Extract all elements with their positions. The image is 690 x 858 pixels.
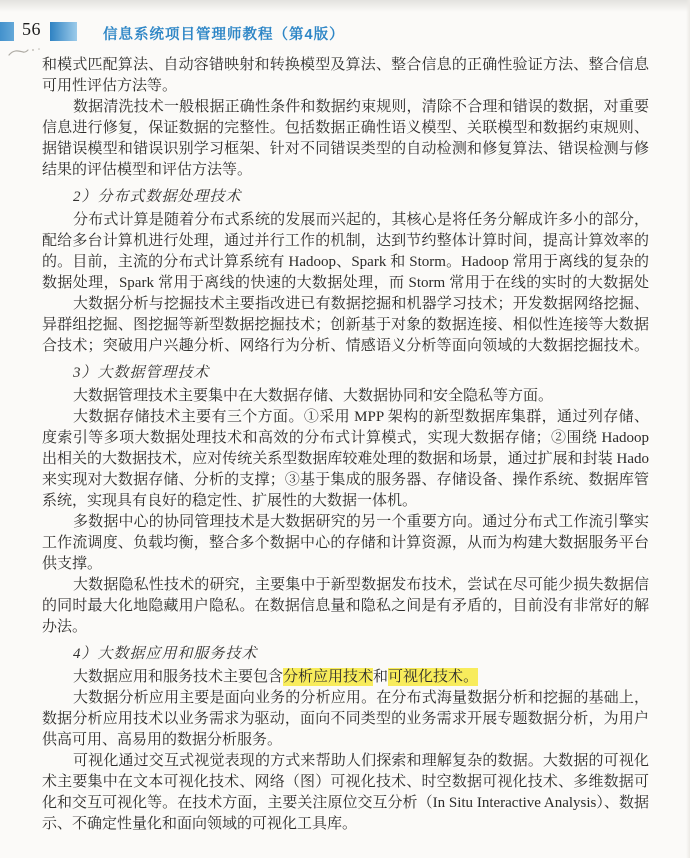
book-title: 信息系统项目管理师教程（第4版）: [103, 23, 345, 44]
text-line: 度索引等多项大数据处理技术和高效的分布式计算模式，实现大数据存储；②围绕 Had…: [42, 428, 649, 449]
text-line: 示、不确定性量化和面向领域的可视化工具库。: [42, 814, 649, 835]
text-line: 的。目前，主流的分布式计算系统有 Hadoop、Spark 和 Storm。Ha…: [42, 252, 649, 273]
text-run: 大数据应用和服务技术主要包含: [73, 669, 283, 685]
text-line: 供支撑。: [42, 554, 649, 575]
text-line: 数据分析应用技术以业务需求为驱动，面向不同类型的业务需求开展专题数据分析，为用户…: [42, 709, 649, 730]
text-run: 和: [373, 669, 388, 685]
header-accent-block-mid: [50, 22, 77, 41]
text-line: 系统，实现具有良好的稳定性、扩展性的大数据一体机。: [42, 491, 649, 512]
highlighted-text: 。: [463, 669, 478, 685]
text-line: 和模式匹配算法、自动容错映射和转换模型及算法、整合信息的正确性验证方法、整合信息…: [42, 55, 649, 76]
text-line: 数据处理，Spark 常用于离线的快速的大数据处理，而 Storm 常用于在线的…: [42, 273, 649, 294]
text-line: 分布式计算是随着分布式系统的发展而兴起的，其核心是将任务分解成许多小的部分，分: [42, 210, 649, 231]
text-line: 多数据中心的协同管理技术是大数据研究的另一个重要方向。通过分布式工作流引擎实现: [42, 512, 649, 533]
text-line: 术主要集中在文本可视化技术、网络（图）可视化技术、时空数据可视化技术、多维数据可…: [42, 772, 649, 793]
text-line: 可用性评估方法等。: [42, 76, 649, 97]
page-number: 56: [22, 19, 41, 40]
text-line: 大数据管理技术主要集中在大数据存储、大数据协同和安全隐私等方面。: [42, 386, 649, 407]
text-line: 出相关的大数据技术，应对传统关系型数据库较难处理的数据和场景，通过扩展和封装 H…: [42, 449, 649, 470]
text-line: 的同时最大化地隐藏用户隐私。在数据信息量和隐私之间是有矛盾的，目前没有非常好的解…: [42, 596, 649, 617]
text-line: 可视化通过交互式视觉表现的方式来帮助人们探索和理解复杂的数据。大数据的可视化技: [42, 751, 649, 772]
section-heading: 2）分布式数据处理技术: [42, 187, 649, 208]
text-column: 和模式匹配算法、自动容错映射和转换模型及算法、整合信息的正确性验证方法、整合信息…: [42, 55, 649, 835]
text-line: 工作流调度、负载均衡，整合多个数据中心的存储和计算资源，从而为构建大数据服务平台…: [42, 533, 649, 554]
highlighted-text: 分析应用技术: [283, 669, 373, 685]
text-line: 配给多台计算机进行处理，通过并行工作的机制，达到节约整体计算时间，提高计算效率的…: [42, 231, 649, 252]
text-line: 办法。: [42, 617, 649, 638]
text-line: 结果的评估模型和评估方法等。: [42, 160, 649, 181]
text-line: 供高可用、高易用的数据分析服务。: [42, 730, 649, 751]
header-accent-block-left: [0, 22, 14, 41]
text-line: 大数据应用和服务技术主要包含分析应用技术和可视化技术。: [42, 667, 649, 688]
text-line: 大数据分析应用主要是面向业务的分析应用。在分布式海量数据分析和挖掘的基础上，大: [42, 688, 649, 709]
highlighted-text: 可视化技术: [388, 669, 463, 685]
text-line: 信息进行修复，保证数据的完整性。包括数据正确性语义模型、关联模型和数据约束规则、…: [42, 118, 649, 139]
text-line: 据错误模型和错误识别学习框架、针对不同错误类型的自动检测和修复算法、错误检测与修…: [42, 139, 649, 160]
scan-right-edge: [686, 0, 690, 858]
text-line: 大数据存储技术主要有三个方面。①采用 MPP 架构的新型数据库集群，通过列存储、…: [42, 407, 649, 428]
text-line: 化和交互可视化等。在技术方面，主要关注原位交互分析（In Situ Intera…: [42, 793, 649, 814]
text-line: 来实现对大数据存储、分析的支撑；③基于集成的服务器、存储设备、操作系统、数据库管…: [42, 470, 649, 491]
text-line: 大数据隐私性技术的研究，主要集中于新型数据发布技术，尝试在尽可能少损失数据信息: [42, 575, 649, 596]
section-heading: 4）大数据应用和服务技术: [42, 644, 649, 665]
text-line: 合技术；突破用户兴趣分析、网络行为分析、情感语义分析等面向领域的大数据挖掘技术。: [42, 336, 649, 357]
section-heading: 3）大数据管理技术: [42, 363, 649, 384]
text-line: 大数据分析与挖掘技术主要指改进已有数据挖掘和机器学习技术；开发数据网络挖掘、特: [42, 294, 649, 315]
scan-top-edge: [0, 0, 690, 12]
text-line: 数据清洗技术一般根据正确性条件和数据约束规则，清除不合理和错误的数据，对重要的: [42, 97, 649, 118]
text-line: 异群组挖掘、图挖掘等新型数据挖掘技术；创新基于对象的数据连接、相似性连接等大数据…: [42, 315, 649, 336]
